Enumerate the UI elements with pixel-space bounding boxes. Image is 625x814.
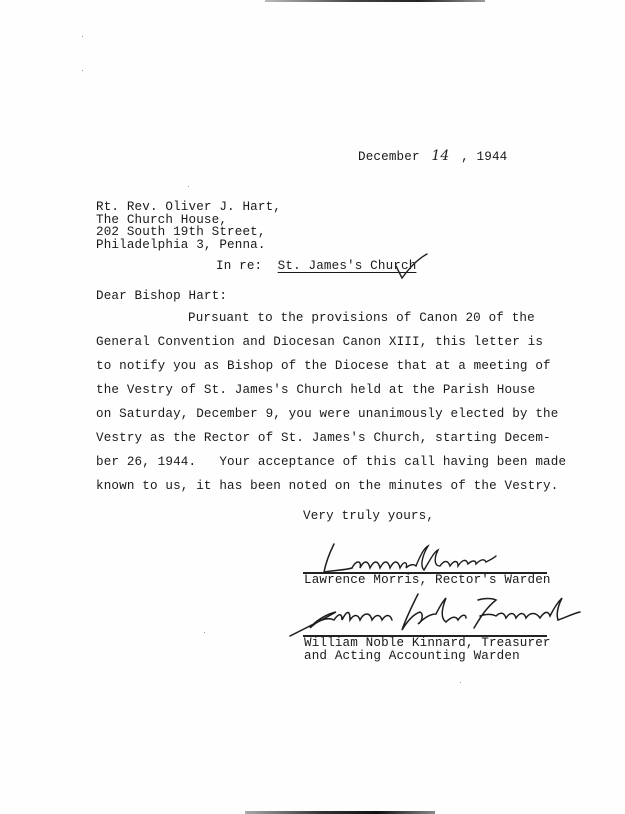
date-year: , 1944 <box>461 150 507 164</box>
body-line: the Vestry of St. James's Church held at… <box>96 384 535 397</box>
recipient-name: Rt. Rev. Oliver J. Hart, <box>96 201 281 214</box>
body-line: ber 26, 1944. Your acceptance of this ca… <box>96 456 566 469</box>
salutation: Dear Bishop Hart: <box>96 290 227 303</box>
body-line: Pursuant to the provisions of Canon 20 o… <box>188 312 535 325</box>
reference-label: In re: <box>216 259 262 273</box>
signature-william-noble-kinnard <box>286 592 586 638</box>
date-day-handwritten: 14 <box>427 150 453 163</box>
date-month: December <box>358 150 420 164</box>
paper-speck <box>82 70 83 71</box>
letter-page: December 14 , 1944 Rt. Rev. Oliver J. Ha… <box>0 0 625 814</box>
body-line: known to us, it has been noted on the mi… <box>96 480 558 493</box>
paper-speck <box>204 632 205 633</box>
letter-date: December 14 , 1944 <box>358 150 507 164</box>
paper-speck <box>82 36 83 37</box>
reference-line: In re: St. James's Church <box>216 260 416 273</box>
scan-edge-top <box>265 0 485 2</box>
body-line: to notify you as Bishop of the Diocese t… <box>96 360 551 373</box>
body-line: on Saturday, December 9, you were unanim… <box>96 408 558 421</box>
check-mark-icon <box>394 252 430 282</box>
paper-speck <box>188 186 189 187</box>
closing: Very truly yours, <box>303 510 434 523</box>
signature-lawrence-morris <box>316 542 556 576</box>
body-line: Vestry as the Rector of St. James's Chur… <box>96 432 551 445</box>
paper-speck <box>460 682 461 683</box>
recipient-address-line: 202 South 19th Street, <box>96 226 266 239</box>
recipient-address-line: Philadelphia 3, Penna. <box>96 239 266 252</box>
signatory-title: and Acting Accounting Warden <box>304 650 520 663</box>
body-line: General Convention and Diocesan Canon XI… <box>96 336 543 349</box>
signatory-name-title: Lawrence Morris, Rector's Warden <box>304 574 551 587</box>
